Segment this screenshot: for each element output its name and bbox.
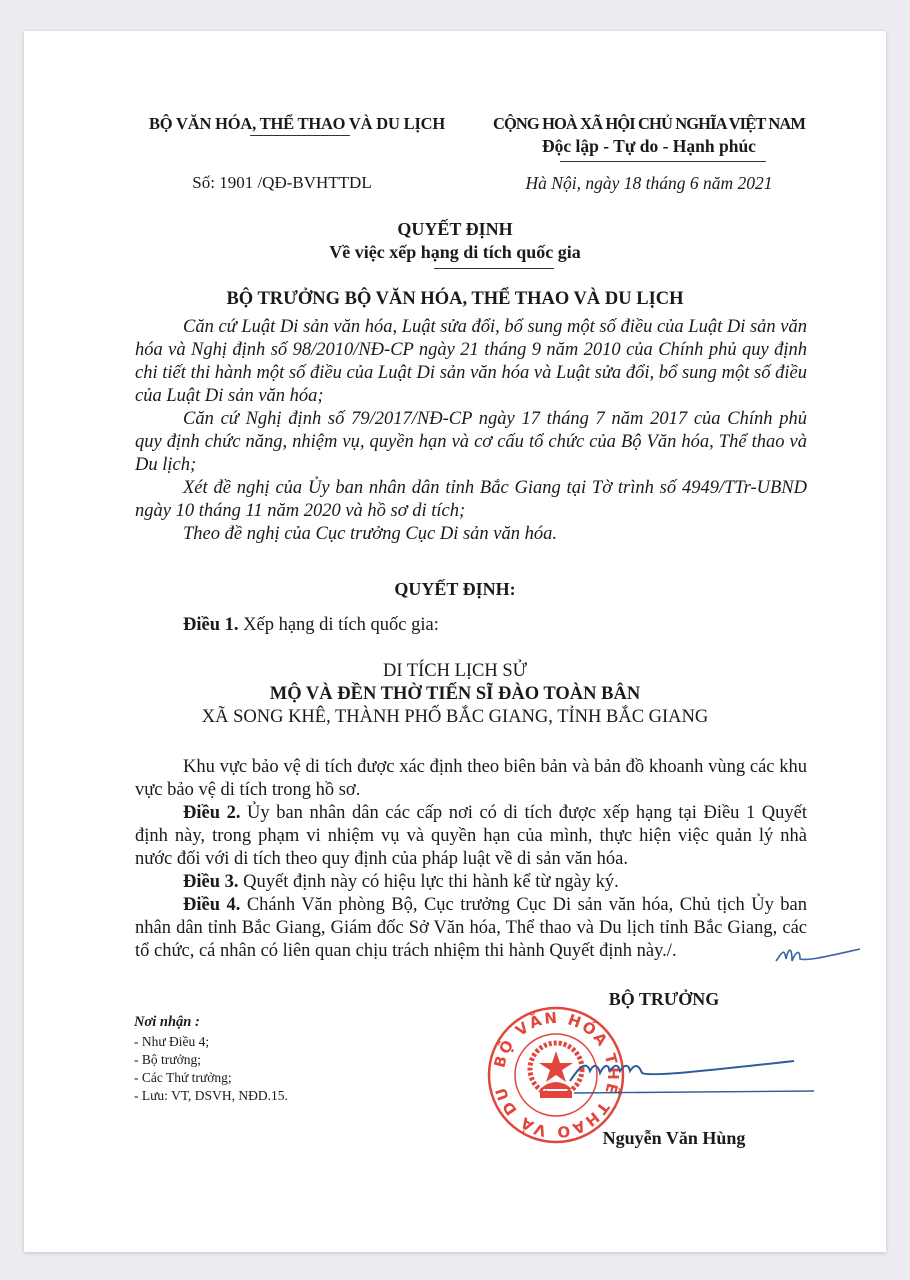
document-page: BỘ VĂN HÓA, THỂ THAO VÀ DU LỊCH Số: 1901… xyxy=(24,31,886,1252)
relic-type: DI TÍCH LỊCH SỬ xyxy=(24,661,886,682)
country-name: CỘNG HOÀ XÃ HỘI CHỦ NGHĨA VIỆT NAM xyxy=(479,114,819,134)
article-3-label: Điều 3. xyxy=(183,872,239,892)
preamble-1: Căn cứ Luật Di sản văn hóa, Luật sửa đổi… xyxy=(135,316,807,408)
article-1: Điều 1. Xếp hạng di tích quốc gia: xyxy=(135,614,807,637)
decision-heading: QUYẾT ĐỊNH: xyxy=(24,579,886,600)
place-date: Hà Nội, ngày 18 tháng 6 năm 2021 xyxy=(479,173,819,194)
article-1-text: Xếp hạng di tích quốc gia: xyxy=(239,615,439,635)
article-1-note: Khu vực bảo vệ di tích được xác định the… xyxy=(135,756,807,802)
recipient-item: - Các Thứ trưởng; xyxy=(134,1070,232,1086)
article-3: Điều 3. Quyết định này có hiệu lực thi h… xyxy=(135,871,807,894)
document-title: QUYẾT ĐỊNH xyxy=(24,219,886,240)
preamble-4: Theo đề nghị của Cục trưởng Cục Di sản v… xyxy=(135,523,807,546)
recipient-item: - Bộ trưởng; xyxy=(134,1052,201,1068)
article-1-label: Điều 1. xyxy=(183,615,239,635)
national-motto: Độc lập - Tự do - Hạnh phúc xyxy=(479,136,819,157)
signer-name: Nguyễn Văn Hùng xyxy=(564,1128,784,1149)
article-2: Điều 2. Ủy ban nhân dân các cấp nơi có d… xyxy=(135,802,807,871)
preamble-3: Xét đề nghị của Ủy ban nhân dân tỉnh Bắc… xyxy=(135,477,807,523)
relic-name: MỘ VÀ ĐỀN THỜ TIẾN SĨ ĐÀO TOÀN BÂN xyxy=(24,684,886,705)
recipient-item: - Lưu: VT, DSVH, NĐD.15. xyxy=(134,1088,288,1104)
signature-icon xyxy=(564,1041,824,1101)
article-4: Điều 4. Chánh Văn phòng Bộ, Cục trưởng C… xyxy=(135,894,807,963)
article-3-text: Quyết định này có hiệu lực thi hành kể t… xyxy=(239,872,619,892)
article-2-label: Điều 2. xyxy=(183,803,240,823)
recipient-item: - Như Điều 4; xyxy=(134,1034,209,1050)
document-subject: Về việc xếp hạng di tích quốc gia xyxy=(24,242,886,263)
subject-underline xyxy=(434,268,554,269)
issuing-authority: BỘ TRƯỞNG BỘ VĂN HÓA, THỂ THAO VÀ DU LỊC… xyxy=(24,289,886,310)
article-4-label: Điều 4. xyxy=(183,895,240,915)
document-number: Số: 1901 /QĐ-BVHTTDL xyxy=(132,173,432,193)
initial-signature-icon xyxy=(774,939,864,969)
agency-underline xyxy=(250,135,350,136)
preamble-2: Căn cứ Nghị định số 79/2017/NĐ-CP ngày 1… xyxy=(135,408,807,477)
recipients-title: Nơi nhận : xyxy=(134,1014,200,1031)
motto-underline xyxy=(560,161,766,162)
relic-location: XÃ SONG KHÊ, THÀNH PHỐ BẮC GIANG, TỈNH B… xyxy=(24,707,886,728)
issuing-agency: BỘ VĂN HÓA, THỂ THAO VÀ DU LỊCH xyxy=(132,114,462,134)
